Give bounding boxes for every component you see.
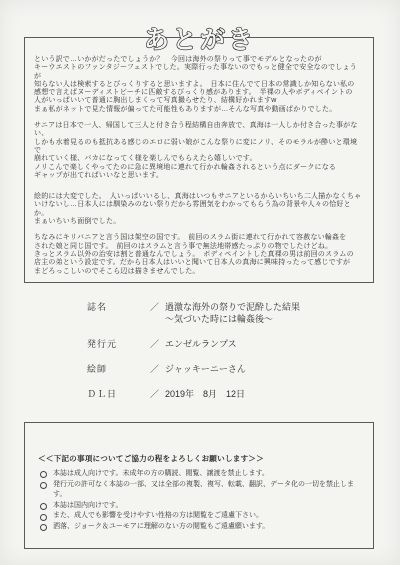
book-info-table: 誌名 ／ 過激な海外の祭りで泥酔した結果 ～気づいた時には輪姦後～ 発行元 ／ … — [87, 301, 377, 413]
afterword-paragraph: ちなみにキリバニアと言う国は架空の国です。 前回のスラム街に連れて行かれて容赦な… — [34, 234, 364, 275]
notice-heading: ＜＜下記の事項についてご協力の程をよろしくお願いします＞＞ — [38, 453, 362, 464]
notice-item: 発行元の許可なく本誌の一部、又は全部の複製、複写、転載、翻訳、データ化の一切を禁… — [38, 480, 362, 501]
notice-box: ＜＜下記の事項についてご協力の程をよろしくお願いします＞＞ 本誌は成人向けです。… — [24, 422, 374, 549]
circle-bullet-icon — [40, 471, 47, 478]
info-value: 過激な海外の祭りで泥酔した結果 ～気づいた時には輪姦後～ — [165, 301, 300, 325]
afterword-paragraph: 絵的には大変でした。 人いっぱいいるし、真海はいつもサニアといるからいちいち二人… — [34, 193, 364, 226]
info-row-publisher: 発行元 ／ エンゼルランプス — [87, 338, 377, 350]
circle-bullet-icon — [40, 503, 47, 510]
info-value: ジャッキーニーさん — [165, 363, 246, 375]
afterword-page: あとがき という訳で…いかがだったでしょうか？ 今回は海外の祭りって事でモデルと… — [0, 0, 400, 565]
info-value: エンゼルランプス — [165, 338, 237, 350]
info-separator: ／ — [150, 363, 165, 375]
info-label: 絵師 — [87, 363, 150, 375]
circle-bullet-icon — [40, 524, 47, 531]
info-label: ＤＬ日 — [87, 388, 150, 400]
info-row-title: 誌名 ／ 過激な海外の祭りで泥酔した結果 ～気づいた時には輪姦後～ — [87, 301, 377, 325]
notice-item: 洒落、ジョーク＆ユーモアに理解のない方の閲覧もご遠慮願います。 — [38, 522, 362, 533]
info-label: 誌名 — [87, 301, 150, 313]
afterword-paragraph: サニアは日本で一人、帰国して三人と付き合う程結構自由奔放で、真海は一人しか付き合… — [34, 122, 364, 180]
afterword-body-box: という訳で…いかがだったでしょうか？ 今回は海外の祭りって事でモデルとなったのが… — [24, 37, 374, 283]
circle-bullet-icon — [40, 482, 47, 489]
notice-item-text: 発行元の許可なく本誌の一部、又は全部の複製、複写、転載、翻訳、データ化の一切を禁… — [53, 480, 362, 501]
info-separator: ／ — [150, 301, 165, 313]
notice-item: また、成人でも影響を受けやすい性格の方は閲覧をご遠慮下さい。 — [38, 511, 362, 522]
notice-item: 本誌は成人向けです。未成年の方の購読、閲覧、譲渡を禁止します。 — [38, 469, 362, 480]
notice-item-text: 洒落、ジョーク＆ユーモアに理解のない方の閲覧もご遠慮願います。 — [53, 522, 269, 533]
info-row-artist: 絵師 ／ ジャッキーニーさん — [87, 363, 377, 375]
notice-item-text: 本誌は国内向けです。 — [53, 501, 122, 512]
circle-bullet-icon — [40, 514, 47, 521]
info-label: 発行元 — [87, 338, 150, 350]
notice-item-text: 本誌は成人向けです。未成年の方の購読、閲覧、譲渡を禁止します。 — [53, 469, 269, 480]
notice-item: 本誌は国内向けです。 — [38, 501, 362, 512]
info-separator: ／ — [150, 388, 165, 400]
afterword-paragraph: という訳で…いかがだったでしょうか？ 今回は海外の祭りって事でモデルとなったのが… — [34, 56, 364, 114]
info-row-dl-date: ＤＬ日 ／ 2019年 8月 12日 — [87, 388, 377, 400]
page-title: あとがき — [0, 20, 400, 56]
info-value: 2019年 8月 12日 — [165, 388, 245, 400]
info-separator: ／ — [150, 338, 165, 350]
notice-item-text: また、成人でも影響を受けやすい性格の方は閲覧をご遠慮下さい。 — [53, 511, 263, 522]
